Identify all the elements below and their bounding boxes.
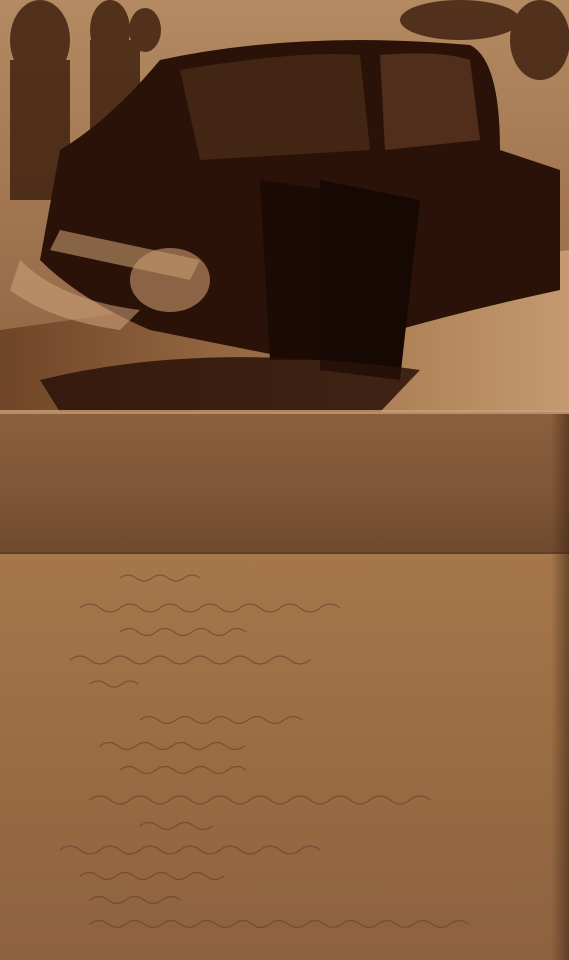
illegible-handwriting xyxy=(60,560,530,950)
paper-edge-shadow xyxy=(551,414,569,960)
paper-upper-band xyxy=(0,414,569,554)
car-wreck-photograph xyxy=(0,0,569,412)
photo-scene xyxy=(0,0,569,412)
